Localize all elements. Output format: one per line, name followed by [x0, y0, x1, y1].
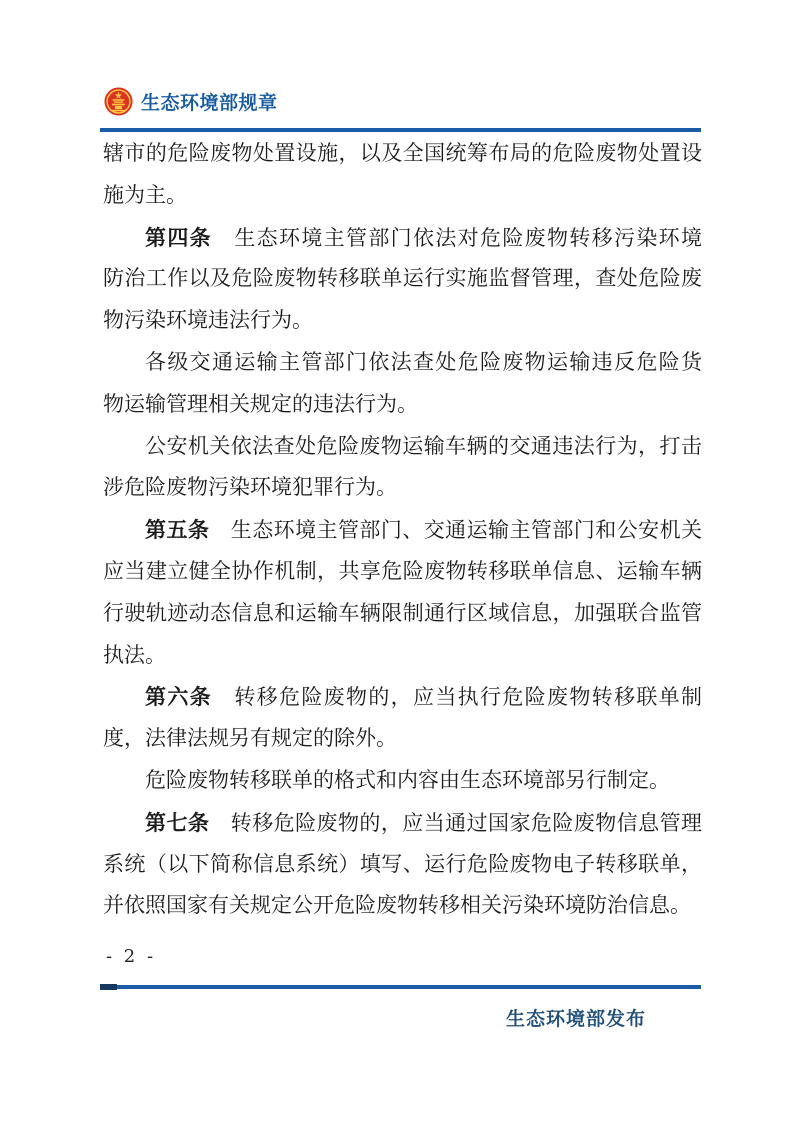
publisher-label: 生态环境部发布 — [506, 1004, 646, 1031]
header-divider — [100, 128, 701, 132]
body-line: 公安机关依法查处危险废物运输车辆的交通违法行为，打击 — [103, 426, 702, 468]
body-line-article-4: 第四条 生态环境主管部门依法对危险废物转移污染环境 — [103, 217, 702, 259]
body-line: 系统（以下简称信息系统）填写、运行危险废物电子转移联单， — [103, 844, 702, 886]
body-line-article-7: 第七条 转移危险废物的，应当通过国家危险废物信息管理 — [103, 802, 702, 844]
document-page: 生态环境部规章 辖市的危险废物处置设施，以及全国统筹布局的危险废物处置设 施为主… — [0, 0, 793, 1122]
article-number: 第五条 — [145, 517, 209, 542]
footer-divider-cap — [100, 984, 117, 990]
body-line: 物运输管理相关规定的违法行为。 — [103, 384, 702, 426]
body-line: 并依照国家有关规定公开危险废物转移相关污染环境防治信息。 — [103, 885, 702, 927]
body-line: 涉危险废物污染环境犯罪行为。 — [103, 467, 702, 509]
document-body: 辖市的危险废物处置设施，以及全国统筹布局的危险废物处置设 施为主。 第四条 生态… — [103, 133, 702, 927]
footer-divider — [100, 985, 701, 989]
page-number: - 2 - — [106, 946, 156, 967]
page-header-title: 生态环境部规章 — [141, 88, 278, 115]
body-line: 各级交通运输主管部门依法查处危险废物运输违反危险货 — [103, 342, 702, 384]
body-line: 危险废物转移联单的格式和内容由生态环境部另行制定。 — [103, 760, 702, 802]
body-line-article-5: 第五条 生态环境主管部门、交通运输主管部门和公安机关 — [103, 509, 702, 551]
body-line: 行驶轨迹动态信息和运输车辆限制通行区域信息，加强联合监管 — [103, 593, 702, 635]
body-line: 防治工作以及危险废物转移联单运行实施监督管理，查处危险废 — [103, 258, 702, 300]
body-line: 应当建立健全协作机制，共享危险废物转移联单信息、运输车辆 — [103, 551, 702, 593]
body-line: 辖市的危险废物处置设施，以及全国统筹布局的危险废物处置设 — [103, 133, 702, 175]
body-line: 度，法律法规另有规定的除外。 — [103, 718, 702, 760]
body-line-article-6: 第六条 转移危险废物的，应当执行危险废物转移联单制 — [103, 676, 702, 718]
national-emblem-icon — [104, 87, 133, 116]
body-line: 物污染环境违法行为。 — [103, 300, 702, 342]
article-number: 第七条 — [145, 810, 209, 835]
page-header: 生态环境部规章 — [104, 85, 278, 117]
article-number: 第四条 — [145, 225, 212, 250]
body-line: 执法。 — [103, 635, 702, 677]
body-line: 施为主。 — [103, 175, 702, 217]
article-number: 第六条 — [145, 684, 212, 709]
